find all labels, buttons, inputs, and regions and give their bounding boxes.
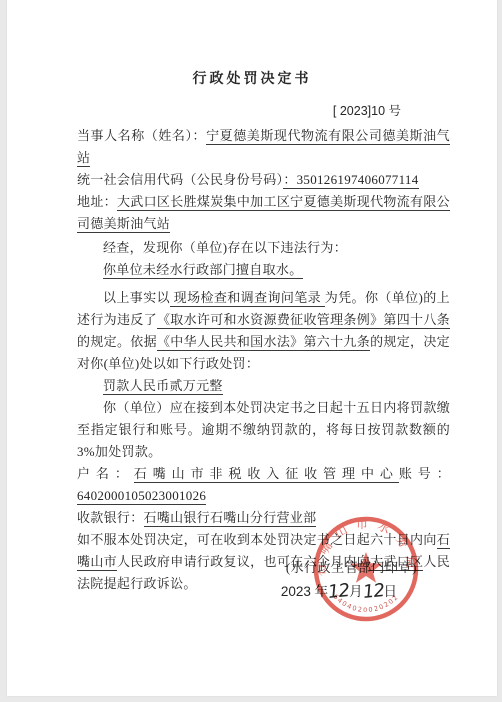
facts-prefix: 以上事实以: [103, 290, 170, 305]
address-value: 大武口区长胜煤炭集中加工区宁夏德美斯现代物流有限公司德美斯油气站: [77, 194, 450, 233]
account-row: 户名：石嘴山市非税收入征收管理中心账号：6402000105023001026: [77, 463, 450, 507]
date-day-label: 日: [384, 584, 398, 599]
address-label: 地址：: [77, 194, 117, 209]
document-title: 行政处罚决定书: [7, 68, 497, 88]
facts-law: 《中华人民共和国水法》第六十九条: [157, 334, 370, 351]
facts-mid2: 的规定。依据: [77, 334, 157, 349]
seal-note: (水行政主管部门印章): [286, 557, 417, 576]
document-number: [ 2023]10 号: [7, 101, 401, 119]
facts-regulation: 《取水许可和水资源费征收管理条例》第四十八条: [157, 312, 450, 329]
credit-code-label: 统一社会信用代码（公民身份号码）: [77, 172, 283, 187]
date-year: 2023 年: [281, 584, 328, 599]
address-row: 地址：大武口区长胜煤炭集中加工区宁夏德美斯现代物流有限公司德美斯油气站: [77, 191, 450, 235]
document-body: 当事人名称（姓名）：宁夏德美斯现代物流有限公司德美斯油气站 统一社会信用代码（公…: [77, 125, 450, 595]
violation-statement: 你单位未经水行政部门擅自取水。: [77, 259, 450, 281]
penalty-statement: 罚款人民币贰万元整: [77, 375, 450, 397]
date-month-handwritten: 12: [328, 584, 350, 600]
credit-code-value: ：350126197406077114: [283, 172, 418, 189]
document-page: 行政处罚决定书 [ 2023]10 号 当事人名称（姓名）：宁夏德美斯现代物流有…: [7, 0, 497, 696]
payment-terms: 你（单位）应在接到本处罚决定书之日起十五日内将罚款缴至指定银行和账号。逾期不缴纳…: [77, 397, 450, 463]
appeal-prefix: 如不服本处罚决定，可在收到本处罚决定书之日起六十日内向: [77, 532, 437, 547]
facts-evidence: 现场检查和调查询问笔录: [170, 290, 325, 307]
violation-text: 你单位未经水行政部门擅自取水。: [103, 262, 303, 279]
bank-row: 收款银行：石嘴山银行石嘴山分行营业部: [77, 507, 450, 529]
penalty-text: 罚款人民币贰万元整: [103, 378, 223, 395]
bank-label: 收款银行：: [77, 510, 144, 525]
signature-date: 2023 年12月12日: [281, 580, 397, 600]
date-day-handwritten: 12: [362, 584, 384, 600]
date-month-label: 月: [349, 584, 363, 599]
credit-code-row: 统一社会信用代码（公民身份号码）：350126197406077114: [77, 169, 450, 191]
party-name-label: 当事人名称（姓名）：: [77, 128, 206, 143]
account-name-value: 石嘴山市非税收入征收管理中心: [134, 466, 399, 483]
account-no-value: 6402000105023001026: [77, 488, 206, 505]
facts-paragraph: 以上事实以 现场检查和调查询问笔录 为凭。你（单位)的上述行为违反了《取水许可和…: [77, 287, 450, 375]
account-name-label: 户名：: [77, 466, 134, 481]
bank-value: 石嘴山银行石嘴山分行营业部: [144, 510, 317, 527]
investigation-intro: 经查，发现你（单位)存在以下违法行为：: [77, 237, 450, 259]
account-no-label: 账号：: [399, 466, 450, 481]
party-name-row: 当事人名称（姓名）：宁夏德美斯现代物流有限公司德美斯油气站: [77, 125, 450, 169]
